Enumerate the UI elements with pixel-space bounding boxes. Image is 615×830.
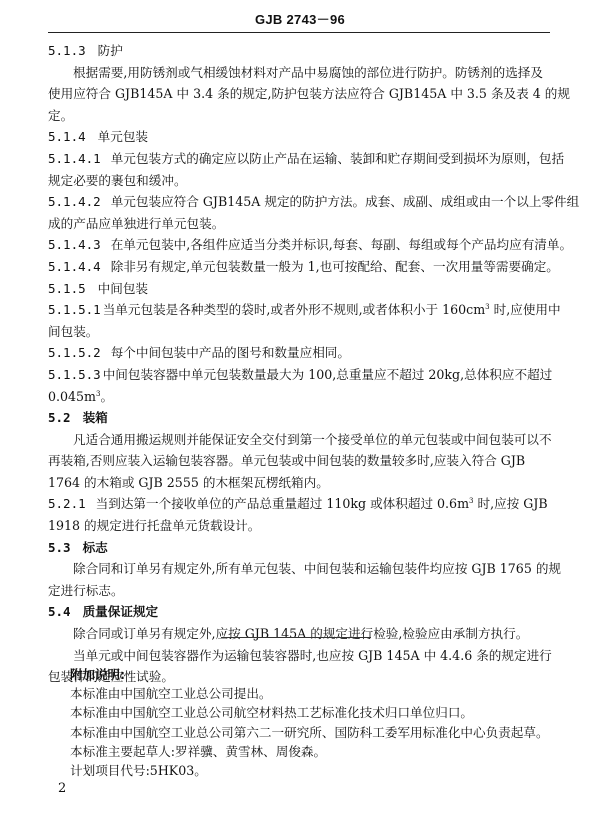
- clause-text: 时,应按 GJB: [473, 496, 547, 511]
- section-number: 5.3: [48, 540, 71, 555]
- paragraph-line: 定进行标志。: [48, 580, 554, 602]
- clause-text: 在单元包装中,各组件应适当分类并标识,每套、每副、每组或每个产品均应有清单。: [111, 237, 572, 252]
- clause-text: 单元包装应符合 GJB145A 规定的防护方法。成套、成副、成组或由一个以上零件…: [111, 194, 580, 209]
- clause-text: 0.045m: [48, 389, 96, 404]
- clause-5-1-4-1: 5.1.4.1单元包装方式的确定应以防止产品在运输、装卸和贮存期间受到损坏为原则…: [48, 148, 554, 170]
- paragraph-line: 间包装。: [48, 321, 554, 343]
- paragraph-line: 定。: [48, 105, 554, 127]
- clause-5-1-4-4: 5.1.4.4除非另有规定,单元包装数量一般为 1,也可按配给、配套、一次用量等…: [48, 256, 554, 278]
- end-of-text-separator: [221, 637, 371, 638]
- section-heading-5-2: 5.2装箱: [48, 407, 554, 429]
- additional-notes: 附加说明: 本标准由中国航空工业总公司提出。 本标准由中国航空工业总公司航空材料…: [70, 665, 549, 780]
- paragraph-line: 除合同或订单另有规定外,应按 GJB 145A 的规定进行检验,检验应由承制方执…: [48, 623, 554, 645]
- clause-number: 5.1.4.2: [48, 194, 101, 209]
- clause-5-1-5-2: 5.1.5.2每个中间包装中产品的图号和数量应相同。: [48, 342, 554, 364]
- note-line: 本标准由中国航空工业总公司第六二一研究所、国防科工委军用标准化中心负责起草。: [70, 723, 549, 742]
- clause-number: 5.1.4.1: [48, 151, 101, 166]
- section-title: 标志: [83, 540, 108, 555]
- note-line: 本标准由中国航空工业总公司提出。: [70, 684, 549, 703]
- document-header-title: GJB 2743－96: [0, 9, 600, 28]
- section-heading-5-1-4: 5.1.4单元包装: [48, 126, 554, 148]
- clause-5-1-5-1: 5.1.5.1当单元包装是各种类型的袋时,或者外形不规则,或者体积小于 160c…: [48, 299, 554, 321]
- paragraph-line: 再装箱,否则应装入运输包装容器。单元包装或中间包装的数量较多时,应装入符合 GJ…: [48, 450, 554, 472]
- paragraph-line: 1918 的规定进行托盘单元货载设计。: [48, 515, 554, 537]
- paragraph-line: 除合同和订单另有规定外,所有单元包装、中间包装和运输包装件均应按 GJB 176…: [48, 558, 554, 580]
- section-heading-5-1-3: 5.1.3防护: [48, 40, 554, 62]
- clause-number: 5.1.5.3: [48, 367, 101, 382]
- paragraph-line: 0.045m3。: [48, 386, 554, 408]
- clause-text: 每个中间包装中产品的图号和数量应相同。: [111, 345, 350, 360]
- section-number: 5.1.4: [48, 129, 86, 144]
- section-number: 5.1.3: [48, 43, 86, 58]
- note-line: 本标准主要起草人:罗祥骥、黄雪林、周俊森。: [70, 742, 549, 761]
- clause-number: 5.1.5.2: [48, 345, 101, 360]
- section-title: 防护: [98, 43, 123, 58]
- section-heading-5-1-5: 5.1.5中间包装: [48, 278, 554, 300]
- paragraph-line: 当单元或中间包装容器作为运输包装容器时,也应按 GJB 145A 中 4.4.6…: [48, 645, 554, 667]
- section-number: 5.1.5: [48, 281, 86, 296]
- section-title: 装箱: [83, 410, 108, 425]
- clause-5-1-4-3: 5.1.4.3在单元包装中,各组件应适当分类并标识,每套、每副、每组或每个产品均…: [48, 234, 554, 256]
- paragraph-line: 凡适合通用搬运规则并能保证安全交付到第一个接受单位的单元包装或中间包装可以不: [48, 429, 554, 451]
- clause-number: 5.1.4.3: [48, 237, 101, 252]
- clause-5-1-4-2: 5.1.4.2单元包装应符合 GJB145A 规定的防护方法。成套、成副、成组或…: [48, 191, 554, 213]
- section-title: 质量保证规定: [83, 604, 159, 619]
- document-body: 5.1.3防护 根据需要,用防锈剂或气相缓蚀材料对产品中易腐蚀的部位进行防护。防…: [48, 40, 554, 688]
- clause-5-1-5-3: 5.1.5.3中间包装容器中单元包装数量最大为 100,总重量应不超过 20kg…: [48, 364, 554, 386]
- page-number: 2: [58, 781, 66, 796]
- note-line: 计划项目代号:5HK03。: [70, 761, 549, 780]
- note-line: 本标准由中国航空工业总公司航空材料热工艺标准化技术归口单位归口。: [70, 703, 549, 722]
- clause-text: 当单元包装是各种类型的袋时,或者外形不规则,或者体积小于 160cm: [103, 302, 485, 317]
- paragraph-line: 使用应符合 GJB145A 中 3.4 条的规定,防护包装方法应符合 GJB14…: [48, 83, 554, 105]
- clause-number: 5.1.5.1: [48, 302, 101, 317]
- clause-text: 单元包装方式的确定应以防止产品在运输、装卸和贮存期间受到损坏为原则，包括: [111, 151, 564, 166]
- section-title: 中间包装: [98, 281, 148, 296]
- header-rule-divider: [48, 32, 550, 33]
- section-number: 5.2: [48, 410, 71, 425]
- clause-text: 时,应使用中: [490, 302, 561, 317]
- paragraph-line: 成的产品应单独进行单元包装。: [48, 213, 554, 235]
- clause-number: 5.1.4.4: [48, 259, 101, 274]
- section-number: 5.4: [48, 604, 71, 619]
- additional-notes-title: 附加说明:: [70, 665, 549, 684]
- clause-5-2-1: 5.2.1当到达第一个接收单位的产品总重量超过 110kg 或体积超过 0.6m…: [48, 493, 554, 515]
- section-heading-5-4: 5.4质量保证规定: [48, 601, 554, 623]
- clause-text: 除非另有规定,单元包装数量一般为 1,也可按配给、配套、一次用量等需要确定。: [111, 259, 559, 274]
- clause-text: 中间包装容器中单元包装数量最大为 100,总重量应不超过 20kg,总体积应不超…: [103, 367, 553, 382]
- clause-number: 5.2.1: [48, 496, 86, 511]
- section-title: 单元包装: [98, 129, 148, 144]
- section-heading-5-3: 5.3标志: [48, 537, 554, 559]
- paragraph-line: 1764 的木箱或 GJB 2555 的木框架瓦楞纸箱内。: [48, 472, 554, 494]
- clause-text: 。: [100, 389, 113, 404]
- paragraph-line: 根据需要,用防锈剂或气相缓蚀材料对产品中易腐蚀的部位进行防护。防锈剂的选择及: [48, 62, 554, 84]
- clause-text: 当到达第一个接收单位的产品总重量超过 110kg 或体积超过 0.6m: [96, 496, 469, 511]
- paragraph-line: 规定必要的裹包和缓冲。: [48, 170, 554, 192]
